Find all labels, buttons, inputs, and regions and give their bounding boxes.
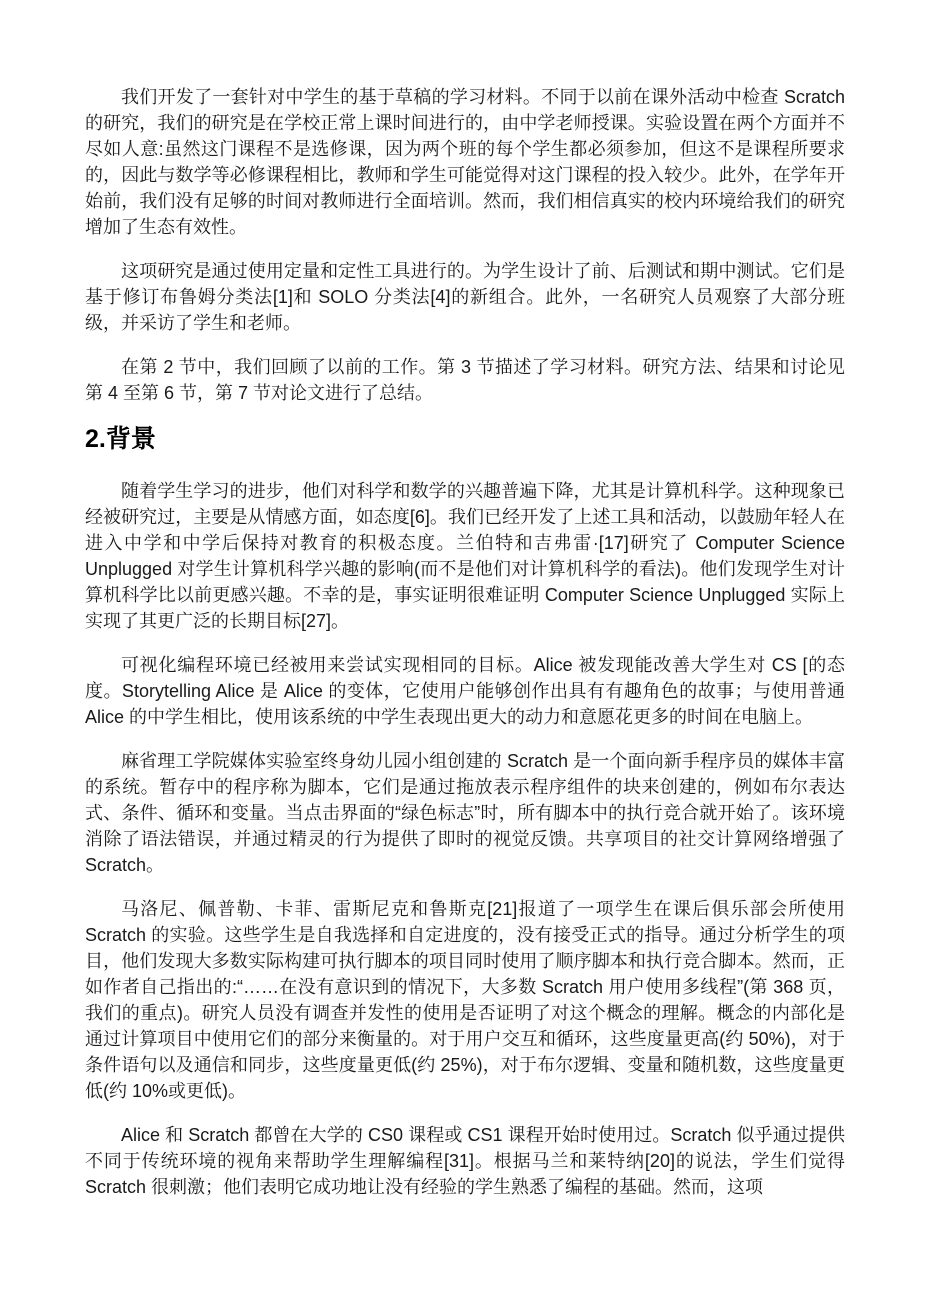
paragraph-materials-development: 我们开发了一套针对中学生的基于草稿的学习材料。不同于以前在课外活动中检查 Scr… — [85, 84, 845, 240]
paragraph-scratch-description: 麻省理工学院媒体实验室终身幼儿园小组创建的 Scratch 是一个面向新手程序员… — [85, 748, 845, 878]
section-heading-background: 2.背景 — [85, 424, 845, 454]
paragraph-research-tools: 这项研究是通过使用定量和定性工具进行的。为学生设计了前、后测试和期中测试。它们是… — [85, 258, 845, 336]
paragraph-interest-decline: 随着学生学习的进步，他们对科学和数学的兴趣普遍下降，尤其是计算机科学。这种现象已… — [85, 478, 845, 634]
paragraph-alice-scratch-university: Alice 和 Scratch 都曾在大学的 CS0 课程或 CS1 课程开始时… — [85, 1122, 845, 1200]
document-page: 我们开发了一套针对中学生的基于草稿的学习材料。不同于以前在课外活动中检查 Scr… — [0, 0, 926, 1309]
paragraph-paper-outline: 在第 2 节中，我们回顾了以前的工作。第 3 节描述了学习材料。研究方法、结果和… — [85, 354, 845, 406]
paragraph-visual-programming-alice: 可视化编程环境已经被用来尝试实现相同的目标。Alice 被发现能改善大学生对 C… — [85, 652, 845, 730]
paragraph-maloney-study: 马洛尼、佩普勒、卡菲、雷斯尼克和鲁斯克[21]报道了一项学生在课后俱乐部会所使用… — [85, 896, 845, 1104]
